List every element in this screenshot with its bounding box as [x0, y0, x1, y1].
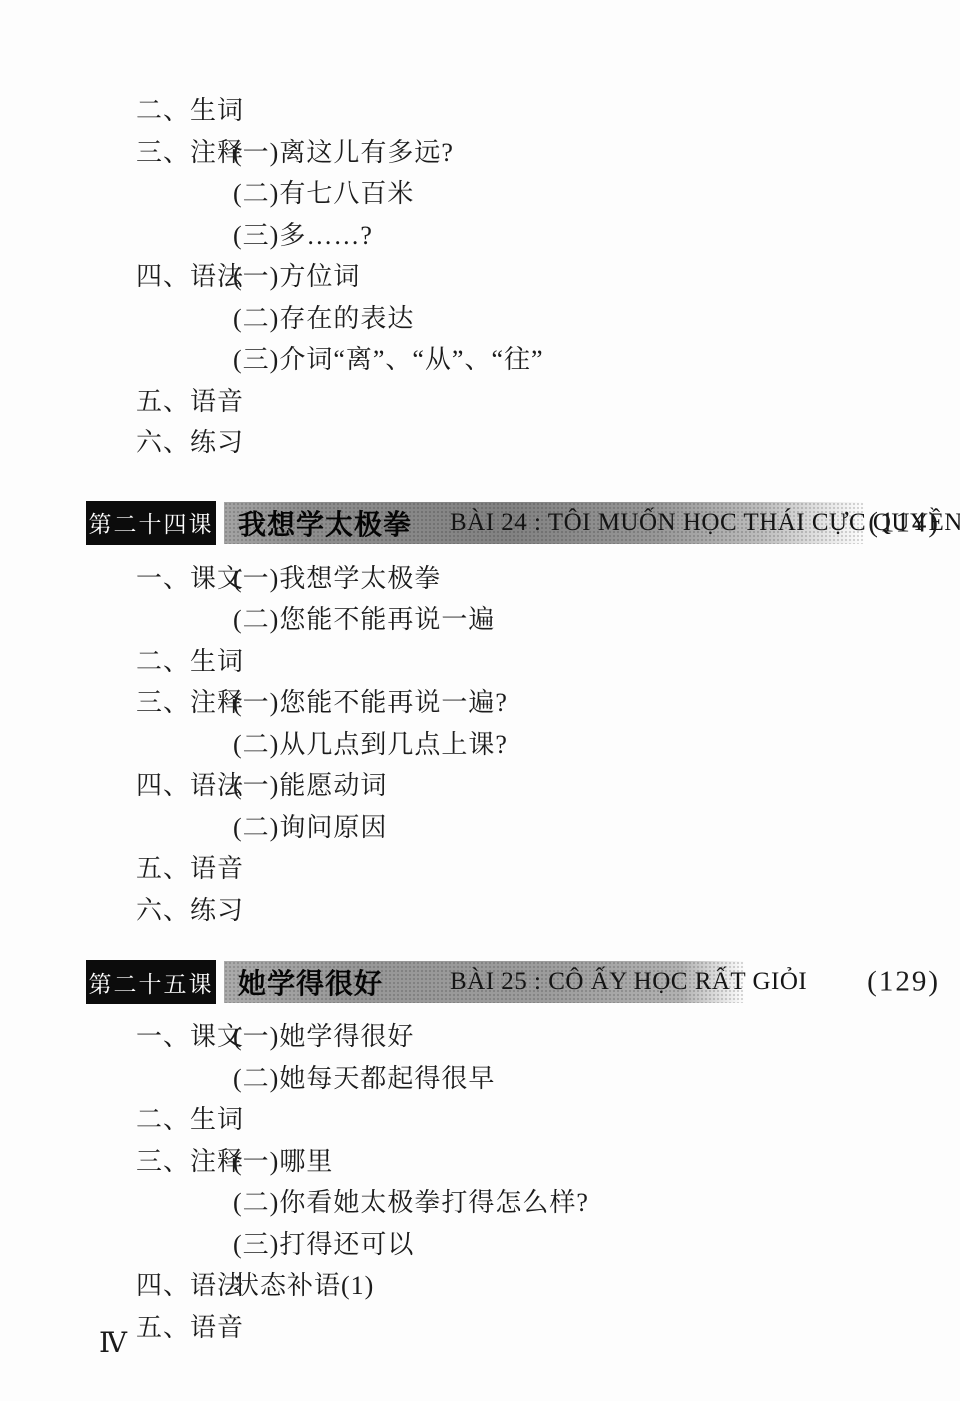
toc-entry-text: (一)离这儿有多远?: [233, 132, 454, 169]
toc-entry: 二、生词: [0, 88, 960, 130]
toc-section-lesson-24: 第二十四课 我想学太极拳 BÀI 24 : TÔI MUỐN HỌC THÁI …: [0, 500, 960, 930]
toc-entry-label: 四、语法: [136, 765, 233, 802]
lesson-24-header: 第二十四课 我想学太极拳 BÀI 24 : TÔI MUỐN HỌC THÁI …: [0, 500, 960, 546]
toc-entry-label: 三、注释: [136, 682, 233, 719]
toc-entry: 三、注释 (一)离这儿有多远?: [0, 130, 960, 172]
toc-entry: (二)从几点到几点上课?: [0, 722, 960, 764]
toc-entry: 五、语音: [0, 846, 960, 888]
toc-entry-text: (三)打得还可以: [233, 1224, 414, 1261]
toc-entry: 三、注释 (一)哪里: [0, 1139, 960, 1181]
toc-entry: 六、练习: [0, 420, 960, 462]
page-number: Ⅳ: [99, 1326, 127, 1360]
toc-entry-text: (二)她每天都起得很早: [233, 1058, 495, 1095]
toc-entry: (二)有七八百米: [0, 171, 960, 213]
toc-entry: 二、生词: [0, 1097, 960, 1139]
toc-entry: 四、语法 状态补语(1): [0, 1263, 960, 1305]
lesson-24-title-zh: 我想学太极拳: [238, 503, 450, 543]
lesson-24-title-bar: 我想学太极拳 BÀI 24 : TÔI MUỐN HỌC THÁI CỰC QU…: [224, 502, 864, 544]
toc-entry-text: 状态补语(1): [233, 1265, 374, 1302]
toc-entry: (三)介词“离”、“从”、“往”: [0, 337, 960, 379]
toc-entry-text: (二)你看她太极拳打得怎么样?: [233, 1182, 589, 1219]
toc-entry: (三)多……?: [0, 213, 960, 255]
toc-entry-text: (一)方位词: [233, 256, 360, 293]
toc-entry-label: 六、练习: [136, 890, 233, 927]
lesson-25-header: 第二十五课 她学得很好 BÀI 25 : CÔ ẤY HỌC RẤT GIỎI …: [0, 959, 960, 1005]
toc-entry: (二)存在的表达: [0, 296, 960, 338]
toc-section-previous-lesson: 二、生词 三、注释 (一)离这儿有多远? (二)有七八百米 (三)多……? 四、…: [0, 88, 960, 462]
toc-section-lesson-25: 第二十五课 她学得很好 BÀI 25 : CÔ ẤY HỌC RẤT GIỎI …: [0, 959, 960, 1346]
toc-entry-text: (二)从几点到几点上课?: [233, 724, 508, 761]
toc-entry: (二)您能不能再说一遍: [0, 597, 960, 639]
lesson-24-page-ref: (114): [868, 506, 940, 539]
lesson-25-page-ref: (129): [867, 966, 940, 999]
toc-entry-label: 五、语音: [136, 848, 233, 885]
toc-entry-text: (一)哪里: [233, 1141, 333, 1178]
toc-entry: 一、课文 (一)她学得很好: [0, 1014, 960, 1056]
toc-entry-label: 二、生词: [136, 90, 233, 127]
toc-entry-text: (一)能愿动词: [233, 765, 387, 802]
toc-entry-text: (一)您能不能再说一遍?: [233, 682, 508, 719]
toc-entry: (二)你看她太极拳打得怎么样?: [0, 1180, 960, 1222]
toc-entry-text: (三)介词“离”、“从”、“往”: [233, 339, 544, 376]
toc-entry-label: 五、语音: [136, 381, 233, 418]
toc-entry-label: 三、注释: [136, 1141, 233, 1178]
toc-entry: 三、注释 (一)您能不能再说一遍?: [0, 680, 960, 722]
lesson-25-badge: 第二十五课: [86, 960, 216, 1004]
toc-entry: 二、生词: [0, 639, 960, 681]
toc-entry-label: 二、生词: [136, 641, 233, 678]
toc-entry-text: (一)我想学太极拳: [233, 558, 441, 595]
lesson-25-title-bar: 她学得很好 BÀI 25 : CÔ ẤY HỌC RẤT GIỎI: [224, 961, 744, 1003]
lesson-25-title-vi: BÀI 25 : CÔ ẤY HỌC RẤT GIỎI: [450, 968, 807, 996]
toc-entry-text: (二)有七八百米: [233, 173, 414, 210]
toc-entry: (二)她每天都起得很早: [0, 1056, 960, 1098]
toc-entry: 五、语音: [0, 379, 960, 421]
toc-content: 二、生词 三、注释 (一)离这儿有多远? (二)有七八百米 (三)多……? 四、…: [0, 0, 960, 1346]
toc-entry-text: (二)您能不能再说一遍: [233, 599, 495, 636]
lesson-25-title-zh: 她学得很好: [238, 962, 450, 1002]
toc-entry-label: 一、课文: [136, 1016, 233, 1053]
toc-page: 二、生词 三、注释 (一)离这儿有多远? (二)有七八百米 (三)多……? 四、…: [0, 0, 960, 1401]
toc-entry: 六、练习: [0, 888, 960, 930]
toc-entry-label: 三、注释: [136, 132, 233, 169]
toc-entry-label: 二、生词: [136, 1099, 233, 1136]
toc-entry: 一、课文 (一)我想学太极拳: [0, 556, 960, 598]
toc-entry-text: (三)多……?: [233, 215, 373, 252]
toc-entry: 四、语法 (一)能愿动词: [0, 763, 960, 805]
lesson-24-badge: 第二十四课: [86, 501, 216, 545]
toc-entry-text: (一)她学得很好: [233, 1016, 414, 1053]
toc-entry-label: 五、语音: [136, 1307, 233, 1344]
toc-entry-label: 六、练习: [136, 422, 233, 459]
toc-entry-text: (二)存在的表达: [233, 298, 414, 335]
toc-entry-label: 四、语法: [136, 256, 233, 293]
toc-entry: (二)询问原因: [0, 805, 960, 847]
toc-entry-text: (二)询问原因: [233, 807, 387, 844]
toc-entry: 四、语法 (一)方位词: [0, 254, 960, 296]
toc-entry: (三)打得还可以: [0, 1222, 960, 1264]
toc-entry: 五、语音: [0, 1305, 960, 1347]
toc-entry-label: 一、课文: [136, 558, 233, 595]
toc-entry-label: 四、语法: [136, 1265, 233, 1302]
